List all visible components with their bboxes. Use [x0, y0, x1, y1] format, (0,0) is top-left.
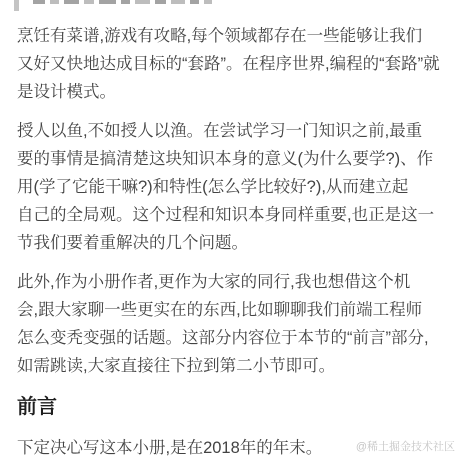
- text-fragment: [121, 0, 130, 4]
- blockquote-border-fragment: [14, 0, 19, 11]
- text-line: 授人以鱼,不如授人以渔。在尝试学习一门知识之前,最重: [17, 117, 443, 145]
- text-fragment: [99, 0, 116, 4]
- paragraph-author-note: 此外,作为小册作者,更作为大家的同行,我也想借这个机 会,跟大家聊一些更实在的东…: [17, 268, 443, 380]
- text-line: 自己的全局观。这个过程和知识本身同样重要,也正是这一: [17, 201, 443, 229]
- text-line: 又好又快地达成目标的“套路”。在程序世界,编程的“套路”就: [17, 50, 443, 78]
- text-fragment: [155, 0, 166, 4]
- text-line: 是设计模式。: [17, 78, 443, 106]
- text-line: 烹饪有菜谱,游戏有攻略,每个领域都存在一些能够让我们: [17, 22, 443, 50]
- text-line: 节我们要着重解决的几个问题。: [17, 229, 443, 257]
- section-heading-preface: 前言: [17, 393, 443, 421]
- text-fragment: [171, 0, 185, 4]
- text-fragment: [50, 0, 59, 4]
- text-line: 如需跳读,大家直接往下拉到第二小节即可。: [17, 352, 443, 380]
- text-fragment: [135, 0, 150, 4]
- paragraph-learning: 授人以鱼,不如授人以渔。在尝试学习一门知识之前,最重 要的事情是搞清楚这块知识本…: [17, 117, 443, 257]
- book-reader-page: 烹饪有菜谱,游戏有攻略,每个领域都存在一些能够让我们 又好又快地达成目标的“套路…: [0, 0, 460, 460]
- text-line: 用(学了它能干嘛?)和特性(怎么学比较好?),从而建立起: [17, 173, 443, 201]
- text-fragment: [190, 0, 199, 4]
- text-line: 此外,作为小册作者,更作为大家的同行,我也想借这个机: [17, 268, 443, 296]
- text-fragment: [204, 0, 212, 4]
- cropped-line-remnant: [0, 0, 460, 11]
- text-fragment: [33, 0, 45, 4]
- text-line: 怎么变秃变强的话题。这部分内容位于本节的“前言”部分,: [17, 324, 443, 352]
- text-fragment: [64, 0, 79, 4]
- text-line: 要的事情是搞清楚这块知识本身的意义(为什么要学?)、作: [17, 145, 443, 173]
- watermark: @稀土掘金技术社区: [356, 441, 455, 453]
- text-line: 会,跟大家聊一些更实在的东西,比如聊聊我们前端工程师: [17, 296, 443, 324]
- article-content: 烹饪有菜谱,游戏有攻略,每个领域都存在一些能够让我们 又好又快地达成目标的“套路…: [0, 22, 460, 460]
- text-fragment: [84, 0, 94, 4]
- paragraph-intro: 烹饪有菜谱,游戏有攻略,每个领域都存在一些能够让我们 又好又快地达成目标的“套路…: [17, 22, 443, 106]
